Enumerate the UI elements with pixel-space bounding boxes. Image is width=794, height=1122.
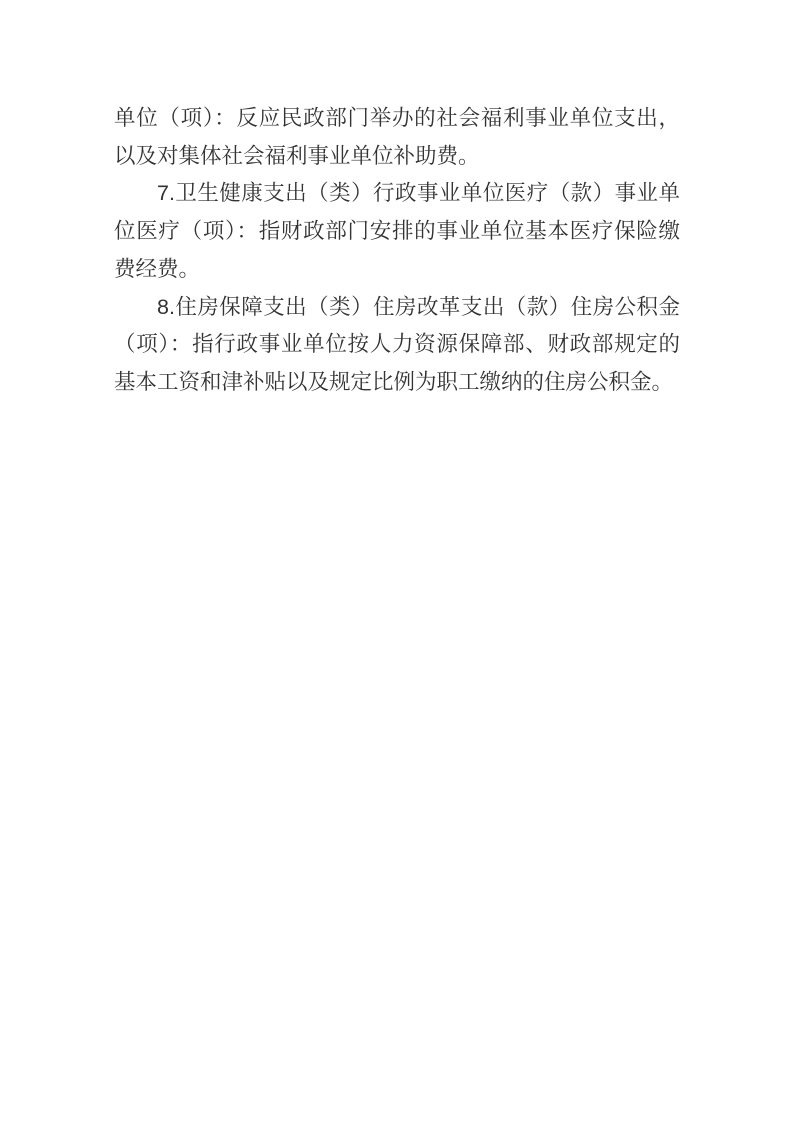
document-page: 单位（项）：反应民政部门举办的社会福利事业单位支出， 以及对集体社会福利事业单位… [0, 0, 794, 1122]
paragraph-line: （项）：指行政事业单位按人力资源保障部、财政部规定的 [114, 326, 680, 364]
paragraph-line: 7.卫生健康支出（类）行政事业单位医疗（款）事业单 [114, 175, 680, 213]
paragraph: 单位（项）：反应民政部门举办的社会福利事业单位支出， 以及对集体社会福利事业单位… [114, 100, 680, 175]
paragraph-line: 位医疗（项）：指财政部门安排的事业单位基本医疗保险缴 [114, 213, 680, 251]
paragraph-line: 以及对集体社会福利事业单位补助费。 [114, 138, 680, 176]
paragraph-line: 单位（项）：反应民政部门举办的社会福利事业单位支出， [114, 100, 680, 138]
paragraph: 7.卫生健康支出（类）行政事业单位医疗（款）事业单 位医疗（项）：指财政部门安排… [114, 175, 680, 288]
paragraph: 8.住房保障支出（类）住房改革支出（款）住房公积金 （项）：指行政事业单位按人力… [114, 289, 680, 402]
document-text-block: 单位（项）：反应民政部门举办的社会福利事业单位支出， 以及对集体社会福利事业单位… [114, 100, 680, 402]
paragraph-line: 基本工资和津补贴以及规定比例为职工缴纳的住房公积金。 [114, 364, 680, 402]
paragraph-line: 8.住房保障支出（类）住房改革支出（款）住房公积金 [114, 289, 680, 327]
paragraph-line: 费经费。 [114, 251, 680, 289]
